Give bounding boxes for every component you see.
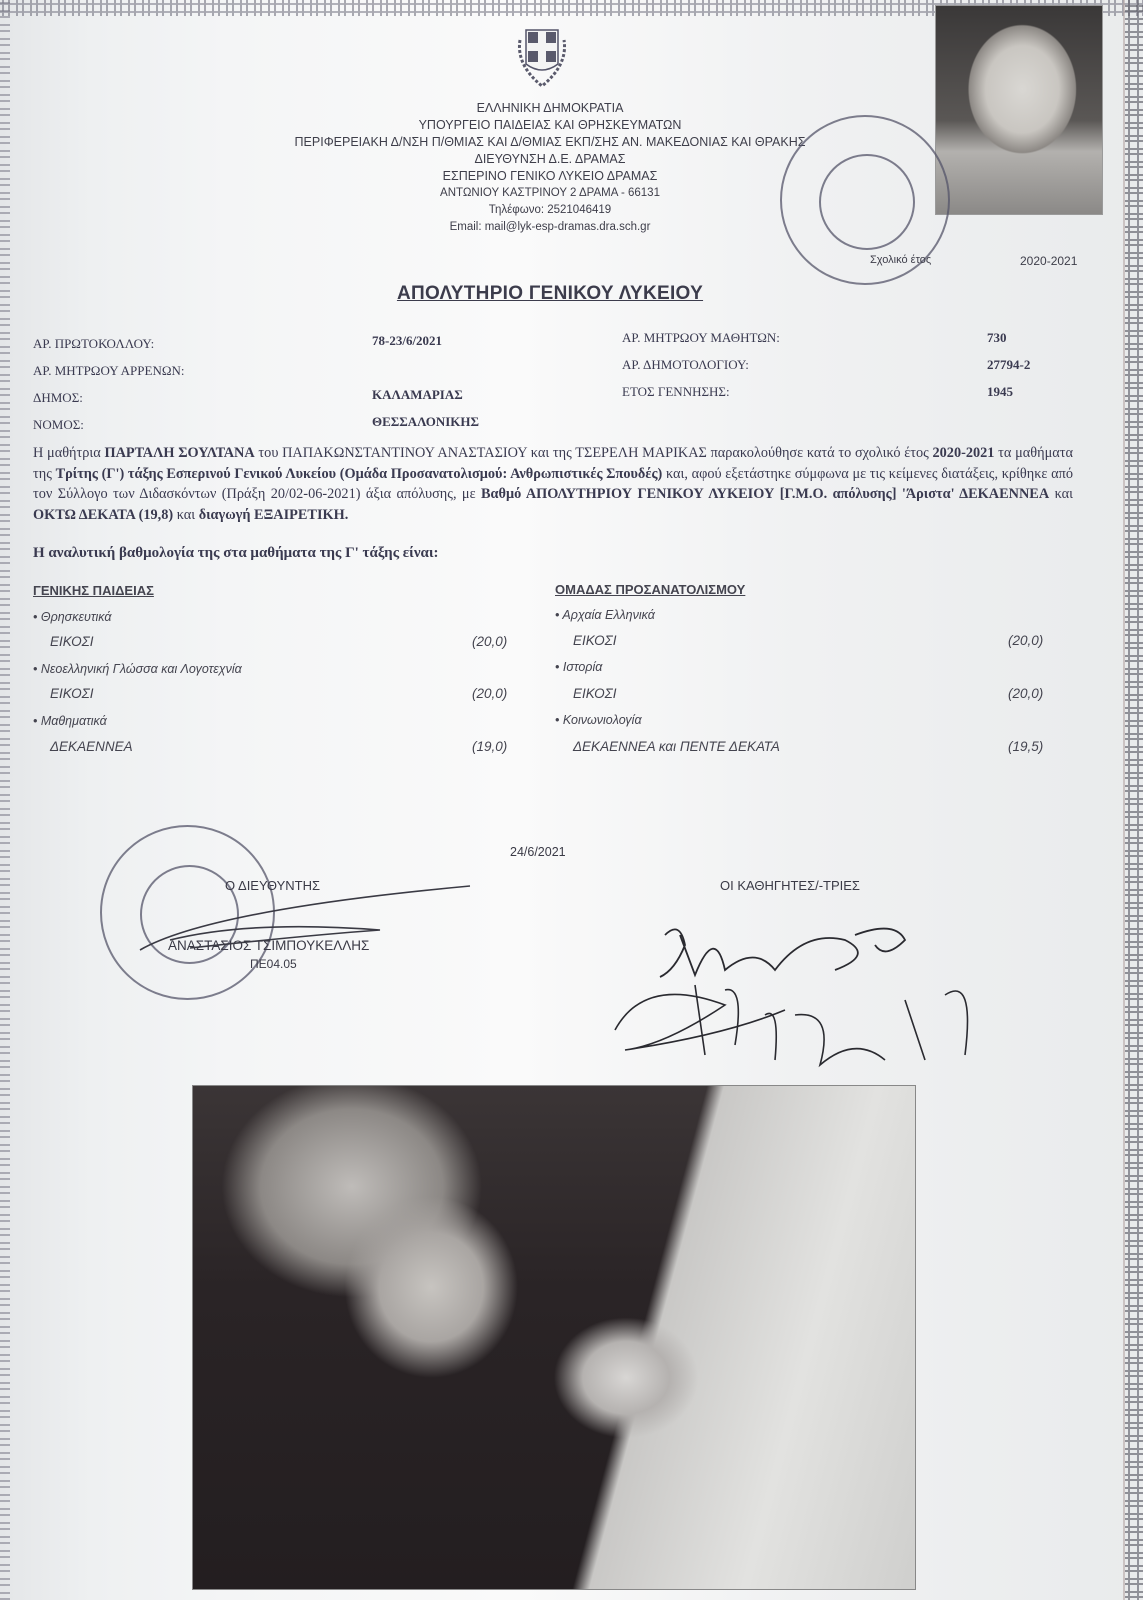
field-municipality-value: ΚΑΛΑΜΑΡΙΑΣ [372,387,463,403]
certificate-statement: Η μαθήτρια ΠΑΡΤΑΛΗ ΣΟΥΛΤΑΝΑ του ΠΑΠΑΚΩΝΣ… [33,443,1073,525]
subject-grade-score: (19,0) [472,739,507,754]
field-prefecture: ΝΟΜΟΣ: [33,417,84,433]
field-civil-register-no-value: 27794-2 [987,357,1030,373]
class-description: Τρίτης (Γ') τάξης Εσπερινού Γενικού Λυκε… [56,466,663,482]
subject-name: • Κοινωνιολογία [555,713,642,727]
header-line-region: ΠΕΡΙΦΕΡΕΙΑΚΗ Δ/ΝΣΗ Π/ΘΜΙΑΣ ΚΑΙ Δ/ΘΜΙΑΣ Ε… [220,134,880,151]
header-line-directorate: ΔΙΕΥΘΥΝΣΗ Δ.Ε. ΔΡΑΜΑΣ [220,151,880,168]
subject-grade-score: (20,0) [1008,633,1043,648]
field-protocol-no-value: 78-23/6/2021 [372,333,442,349]
subject-grade-words: ΕΙΚΟΣΙ [50,634,93,649]
greek-key-border-left [0,0,10,1600]
subject-grade-score: (19,5) [1008,739,1043,754]
subject-name: • Ιστορία [555,660,602,674]
field-civil-register-no: ΑΡ. ΔΗΜΟΤΟΛΟΓΙΟΥ: [622,357,749,373]
document-title: ΑΠΟΛΥΤΗΡΙΟ ΓΕΝΙΚΟΥ ΛΥΚΕΙΟΥ [360,283,740,305]
director-signature [130,880,490,960]
student-photograph [192,1085,916,1590]
header-line-email: Email: mail@lyk-esp-dramas.dra.sch.gr [220,219,880,236]
issue-date: 24/6/2021 [510,845,566,859]
field-male-register-no: ΑΡ. ΜΗΤΡΩΟΥ ΑΡΡΕΝΩΝ: [33,363,185,379]
subject-grade-score: (20,0) [472,634,507,649]
field-protocol-no: ΑΡ. ΠΡΩΤΟΚΟΛΛΟΥ: [33,336,154,352]
school-year-label: Σχολικό έτος [870,254,931,266]
subject-grade-words: ΔΕΚΑΕΝΝΕΑ και ΠΕΝΤΕ ΔΕΚΑΤΑ [573,739,780,754]
field-student-register-no-value: 730 [987,330,1007,346]
student-name: ΠΑΡΤΑΛΗ ΣΟΥΛΤΑΝΑ [104,445,254,461]
field-birth-year: ΕΤΟΣ ΓΕΝΝΗΣΗΣ: [622,384,730,400]
teachers-signatures [605,915,985,1080]
subject-grade-words: ΕΙΚΟΣΙ [573,633,616,648]
subject-grade-score: (20,0) [472,686,507,701]
school-year: 2020-2021 [1020,254,1077,268]
field-municipality: ΔΗΜΟΣ: [33,390,83,406]
greek-key-border-right [1123,0,1143,1600]
subject-grade-words: ΕΙΚΟΣΙ [50,686,93,701]
grades-intro: Η αναλυτική βαθμολογία της στα μαθήματα … [33,545,439,562]
subject-name: • Αρχαία Ελληνικά [555,608,655,622]
subject-name: • Νεοελληνική Γλώσσα και Λογοτεχνία [33,662,242,676]
subject-grade-words: ΕΙΚΟΣΙ [573,686,616,701]
academic-year: 2020-2021 [933,445,995,461]
greek-coat-of-arms-icon [512,20,572,92]
student-id-photo [935,5,1103,215]
subject-name: • Θρησκευτικά [33,610,112,624]
field-birth-year-value: 1945 [987,384,1013,400]
final-grade-label: Βαθμό ΑΠΟΛΥΤΗΡΙΟΥ ΓΕΝΙΚΟΥ ΛΥΚΕΙΟΥ [Γ.Μ.Ο… [481,486,1049,502]
subject-grade-words: ΔΕΚΑΕΝΝΕΑ [50,739,133,754]
header-line-republic: ΕΛΛΗΝΙΚΗ ΔΗΜΟΚΡΑΤΙΑ [220,100,880,117]
subject-name: • Μαθηματικά [33,714,107,728]
general-education-heading: ΓΕΝΙΚΗΣ ΠΑΙΔΕΙΑΣ [33,583,154,598]
field-prefecture-value: ΘΕΣΣΑΛΟΝΙΚΗΣ [372,414,479,430]
final-grade: ΟΚΤΩ ΔΕΚΑΤΑ (19,8) [33,507,173,523]
field-student-register-no: ΑΡ. ΜΗΤΡΩΟΥ ΜΑΘΗΤΩΝ: [622,330,780,346]
subject-grade-score: (20,0) [1008,686,1043,701]
orientation-group-heading: ΟΜΑΔΑΣ ΠΡΟΣΑΝΑΤΟΛΙΣΜΟΥ [555,582,745,597]
conduct: διαγωγή ΕΞΑΙΡΕΤΙΚΗ. [199,507,349,523]
teachers-title: ΟΙ ΚΑΘΗΓΗΤΕΣ/-ΤΡΙΕΣ [720,878,860,893]
header-line-ministry: ΥΠΟΥΡΓΕΙΟ ΠΑΙΔΕΙΑΣ ΚΑΙ ΘΡΗΣΚΕΥΜΑΤΩΝ [220,117,880,134]
